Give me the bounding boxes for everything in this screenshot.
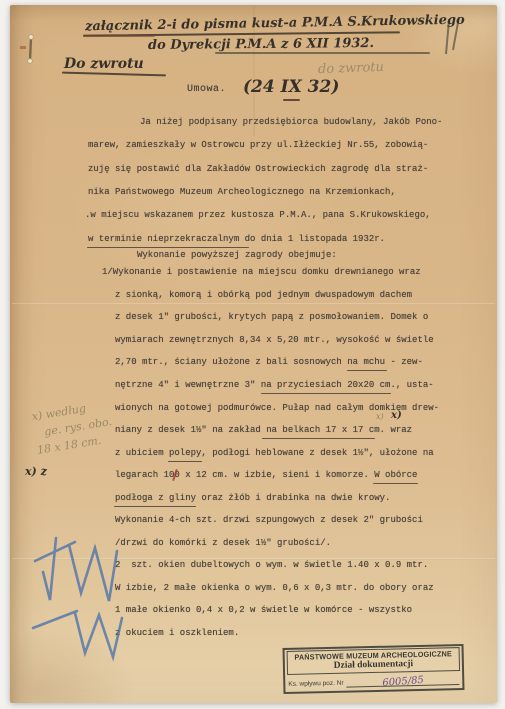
typed-line: Wykonanie 4-ch szt. drzwi szpungowych z … — [115, 515, 423, 525]
typed-line: z sionką, komorą i obórką pod jednym dwu… — [115, 290, 412, 300]
typed-line: 2 szt. okien dubeltowych o wym. w świetl… — [115, 560, 428, 570]
staple-mark-icon — [20, 30, 42, 70]
typed-line: Ja niżej podpisany przedsiębiorca budowl… — [140, 117, 442, 127]
typed-line: wymiarach zewnętrznych 8,34 x 5,20 mtr.,… — [115, 335, 434, 345]
stamp-register-row: Ks. wpływu poz. Nr 6005/85 — [287, 673, 460, 689]
typed-line: nętrzne 4" i wewnętrzne 3" na przyciesia… — [115, 380, 434, 390]
museum-stamp: PAŃSTWOWE MUZEUM ARCHEOLOGICZNE Dział do… — [283, 644, 465, 694]
typed-line: legarach 100 x 12 cm. w izbie, sieni i k… — [115, 470, 417, 480]
return-note-right: do zwrotu — [318, 60, 384, 77]
typed-line: .w miejscu wskazanem przez kustosza P.M.… — [85, 210, 431, 220]
typed-line: z ubiciem polepy, podłogi heblowane z de… — [115, 448, 434, 458]
underline-mark — [215, 52, 430, 54]
typed-line: z desek 1" grubości, krytych papą z posm… — [115, 312, 428, 322]
fold-crease — [12, 303, 495, 305]
typed-line: niany z desek 1½" na zakład na belkach 1… — [115, 425, 412, 435]
return-note-left: Do zwrotu — [64, 56, 144, 72]
stamp-header-box: PAŃSTWOWE MUZEUM ARCHEOLOGICZNE Dział do… — [287, 647, 460, 675]
typed-line: 2,70 mtr., ściany ułożone z bali sosnowy… — [115, 357, 423, 367]
ref-mark-pencil: x) — [376, 412, 384, 421]
typed-line: w terminie nieprzekraczalnym do dnia 1 l… — [88, 234, 385, 244]
ref-mark-ink: x) — [391, 410, 402, 421]
typed-line: W izbie, 2 małe okienka o wym. 0,6 x 0,3… — [115, 583, 434, 593]
stamp-number-line: 6005/85 — [346, 673, 459, 688]
margin-ink-mark: x) z — [25, 465, 47, 478]
blue-crayon-marks-icon — [25, 525, 140, 665]
typed-line: marew, zamieszkały w Ostrowcu przy ul.Ił… — [88, 140, 428, 150]
typed-line: 1/Wykonanie i postawienie na miejscu dom… — [102, 267, 421, 277]
underline-mark-red — [83, 35, 155, 37]
document-title: Umowa. — [187, 84, 226, 95]
scanned-document-page: załącznik 2-i do pisma kust-a P.M.A S.Kr… — [0, 0, 505, 709]
underline-mark — [283, 99, 300, 101]
stamp-register-number: 6005/85 — [382, 676, 424, 688]
typed-line: 1 małe okienko 0,4 x 0,2 w świetle w kom… — [115, 605, 412, 615]
typed-line: /drzwi do komórki z desek 1½" grubości/. — [115, 538, 331, 548]
typed-line: podłoga z gliny oraz żłób i drabinka na … — [115, 493, 390, 503]
section-intro-line: Wykonanie powyższej zagrody obejmuje: — [137, 250, 337, 260]
typed-line: nika Państwowego Muzeum Archeologicznego… — [88, 187, 396, 197]
attachment-note-line2: do Dyrekcji P.M.A z 6 XII 1932. — [148, 36, 374, 53]
typed-line: zuję się postawić dla Zakładów Ostrowiec… — [88, 164, 428, 174]
date-note: (24 IX 32) — [243, 77, 339, 97]
stamp-register-label: Ks. wpływu poz. Nr — [288, 680, 343, 689]
